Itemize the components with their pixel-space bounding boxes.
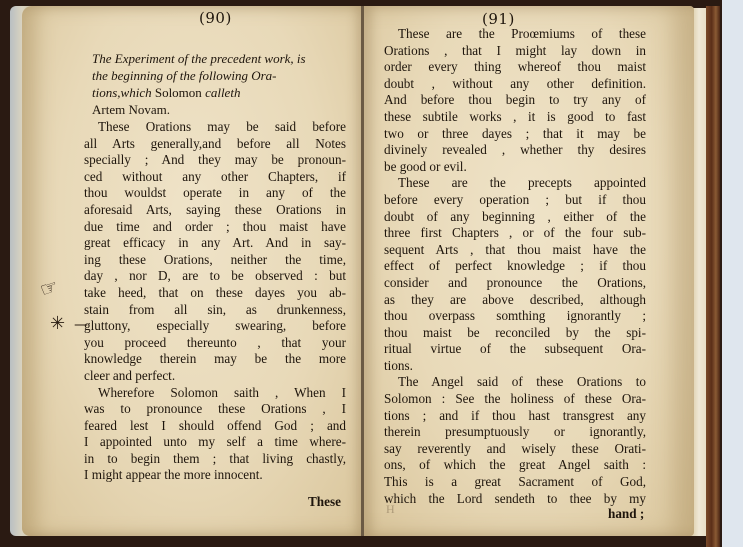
text-line: three first Chapters , or of the four su… — [384, 225, 646, 242]
text-line: cleer and perfect. — [84, 368, 346, 385]
text-line: you proceed thereunto , that your — [84, 335, 346, 352]
text-line: great efficacy in any Art. And in say- — [84, 235, 346, 252]
text-line: take heed, that on these dayes you ab- — [84, 285, 346, 302]
text-line: tions. — [384, 358, 646, 375]
text-line: knowledge therein may be the more — [84, 351, 346, 368]
text-line: two or three dayes ; that it may be — [384, 126, 646, 143]
text-line: consider and pronounce the Orations, — [384, 275, 646, 292]
text-line: say reverently and wisely these Orati- — [384, 441, 646, 458]
text-line: sequent Arts , that thou maist have the — [384, 242, 646, 259]
text-line: doubt of any beginning , either of the — [384, 209, 646, 226]
section-heading: The Experiment of the precedent work, is… — [92, 50, 342, 118]
text-line: ons, of which the great Angel saith : — [384, 457, 646, 474]
text-line: And before thou begin to try any of — [384, 92, 646, 109]
text-line: be good or evil. — [384, 159, 646, 176]
page-number: (90) — [199, 9, 232, 27]
text-line: which the Lord sendeth to thee by my — [384, 491, 646, 508]
text-line: order every thing whereof thou maist — [384, 59, 646, 76]
text-line: I appointed unto my self a time where- — [84, 434, 346, 451]
text-line: feared lest I should offend God ; and — [84, 418, 346, 435]
text-line: divinely revealed , whether thy desires — [384, 142, 646, 159]
text-line: was to pronounce these Orations , I — [84, 401, 346, 418]
text-line: thou wouldst operate in any of the — [84, 185, 346, 202]
text-line: These are the Proœmiums of these — [384, 26, 646, 43]
right-page: (91) These are the Proœmiums of these Or… — [364, 6, 694, 536]
left-page: (90) The Experiment of the precedent wor… — [22, 6, 362, 536]
right-page-body: These are the Proœmiums of these Oration… — [384, 26, 646, 507]
text-line: Wherefore Solomon saith , When I — [84, 385, 346, 402]
text-line: in to begin them ; that living chastly, — [84, 451, 346, 468]
pointing-hand-icon: ☞ — [37, 274, 61, 302]
text-line: due time and order ; thou maist have — [84, 219, 346, 236]
text-line: Solomon : See the holiness of these Ora- — [384, 391, 646, 408]
text-line: thou overpass somthing ignorantly ; — [384, 308, 646, 325]
book-spread: (90) The Experiment of the precedent wor… — [0, 0, 722, 547]
text-line: These are the precepts appointed — [384, 175, 646, 192]
text-line: thou maist be reconciled by the spi- — [384, 325, 646, 342]
text-line: these subtile works , it is good to fast — [384, 109, 646, 126]
text-line: ritual virtue of the subsequent Ora- — [384, 341, 646, 358]
text-line: day , nor D, are to be observed : but — [84, 268, 346, 285]
text-line: Orations , that I might lay down in — [384, 43, 646, 60]
asterisk-icon: ✳ — [50, 313, 65, 334]
text-line: ing these Orations, neither the time, — [84, 252, 346, 269]
text-line: The Angel said of these Orations to — [384, 374, 646, 391]
text-line: aforesaid Arts, saying these Orations in — [84, 202, 346, 219]
text-line: This is a great Sacrament of God, — [384, 474, 646, 491]
dash-mark: — — [74, 317, 88, 333]
text-line: all Arts generally,and before all Notes — [84, 136, 346, 153]
text-line: as they are above described, although — [384, 292, 646, 309]
text-line: ced without any other Chapters, if — [84, 169, 346, 186]
text-line: gluttony, especially swearing, before — [84, 318, 346, 335]
catchword: These — [308, 494, 341, 510]
text-line: These Orations may be said before — [84, 119, 346, 136]
text-line: stain from all sin, as drunkenness, — [84, 302, 346, 319]
text-line: therein presumptuously or ignorantly, — [384, 424, 646, 441]
text-line: doubt , without any other definition. — [384, 76, 646, 93]
text-line: specially ; And they may be pronoun- — [84, 152, 346, 169]
text-line: tions ; and if thou hast transgrest any — [384, 408, 646, 425]
text-line: before every operation ; but if thou — [384, 192, 646, 209]
text-line: effect of perfect knowledge ; if thou — [384, 258, 646, 275]
left-page-body: These Orations may be said before all Ar… — [84, 119, 346, 484]
catchword: hand ; — [608, 506, 644, 522]
text-line: I might appear the more innocent. — [84, 467, 346, 484]
signature-mark: H — [386, 502, 395, 517]
leather-binding-edge — [706, 6, 720, 547]
